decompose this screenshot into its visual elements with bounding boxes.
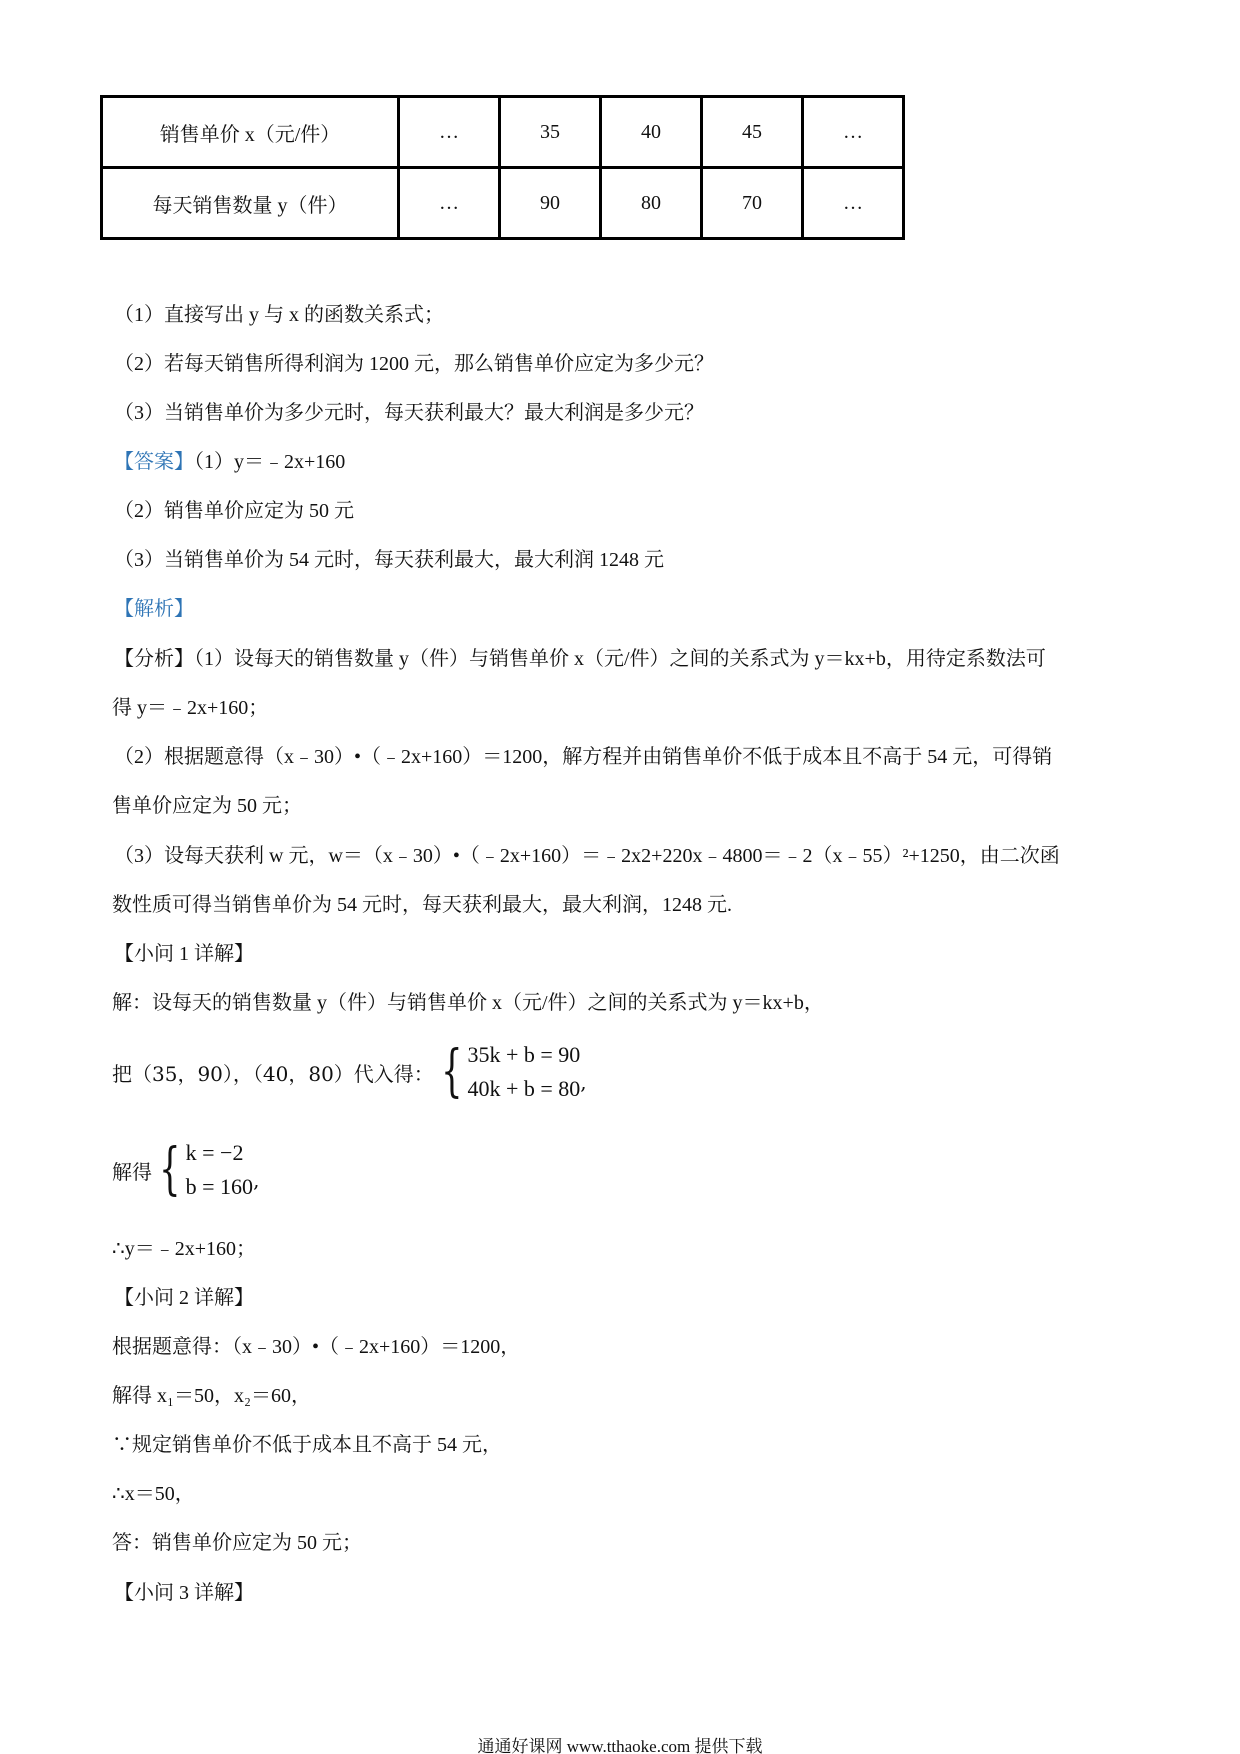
substitute-label: 把（35，90），（40，80）代入得： <box>112 1058 434 1087</box>
part1-conclusion: ∴y＝﹣2x+160； <box>112 1236 256 1262</box>
part2-line: ∵规定销售单价不低于成本且不高于 54 元， <box>112 1432 502 1458</box>
row-header: 销售单价 x（元/件） <box>102 97 399 168</box>
analysis-line: 数性质可得当销售单价为 54 元时，每天获利最大，最大利润，1248 元. <box>112 892 732 918</box>
comma: , <box>580 1070 586 1094</box>
brace-icon: { <box>159 1142 180 1198</box>
question-1: （1）直接写出 y 与 x 的函数关系式； <box>114 302 444 328</box>
analysis-line: 得 y＝﹣2x+160； <box>112 695 268 721</box>
part3-title: 【小问 3 详解】 <box>114 1580 254 1606</box>
equation: k = −2 <box>186 1136 253 1170</box>
answer-line-2: （2）销售单价应定为 50 元 <box>114 498 354 524</box>
analysis-line: （2）根据题意得（x﹣30）•（﹣2x+160）＝1200，解方程并由销售单价不… <box>114 744 1052 770</box>
analysis-line: 【分析】（1）设每天的销售数量 y（件）与销售单价 x（元/件）之间的关系式为 … <box>114 646 1046 672</box>
table-cell: … <box>803 97 904 168</box>
analysis-line: （3）设每天获利 w 元，w＝（x﹣30）•（﹣2x+160）＝﹣2x2+220… <box>114 843 1060 869</box>
part2-line: 解得 x₁＝50，x₂＝60， <box>112 1383 311 1409</box>
part1-solution: 解得 { k = −2 b = 160 , <box>112 1136 259 1204</box>
part2-line: 根据题意得：（x﹣30）•（﹣2x+160）＝1200， <box>112 1334 520 1360</box>
table-cell: 40 <box>601 97 702 168</box>
part1-title: 【小问 1 详解】 <box>114 941 254 967</box>
answer-text: （1）y＝﹣2x+160 <box>194 451 345 473</box>
brace-icon: { <box>441 1044 462 1100</box>
table-row: 销售单价 x（元/件） … 35 40 45 … <box>102 97 904 168</box>
answer-tag: 【答案】 <box>114 451 194 473</box>
part2-line: 答：销售单价应定为 50 元； <box>112 1530 362 1556</box>
comma: , <box>253 1168 259 1192</box>
footer-source: 通通好课网 www.tthaoke.com 提供下载 <box>0 1732 1240 1754</box>
table-cell: … <box>803 168 904 239</box>
answer-line-1: 【答案】（1）y＝﹣2x+160 <box>114 449 345 475</box>
equation: 35k + b = 90 <box>467 1038 580 1072</box>
table-cell: … <box>399 97 500 168</box>
equation: b = 160 <box>186 1170 253 1204</box>
part2-line: ∴x＝50， <box>112 1481 195 1507</box>
part1-substitution: 把（35，90），（40，80）代入得： { 35k + b = 90 40k … <box>112 1038 587 1106</box>
part1-intro: 解：设每天的销售数量 y（件）与销售单价 x（元/件）之间的关系式为 y＝kx+… <box>112 990 824 1016</box>
document-page: 销售单价 x（元/件） … 35 40 45 … 每天销售数量 y（件） … 9… <box>0 0 1240 1754</box>
analysis-tag: 【解析】 <box>114 596 194 622</box>
solve-label: 解得 <box>112 1156 152 1185</box>
equation-system: k = −2 b = 160 <box>186 1136 253 1204</box>
row-header: 每天销售数量 y（件） <box>102 168 399 239</box>
table-cell: 80 <box>601 168 702 239</box>
question-3: （3）当销售单价为多少元时，每天获利最大？最大利润是多少元？ <box>114 400 704 426</box>
question-2: （2）若每天销售所得利润为 1200 元，那么销售单价应定为多少元？ <box>114 351 714 377</box>
table-cell: 70 <box>702 168 803 239</box>
analysis-line: 售单价应定为 50 元； <box>112 793 302 819</box>
answer-line-3: （3）当销售单价为 54 元时，每天获利最大，最大利润 1248 元 <box>114 547 664 573</box>
table-cell: … <box>399 168 500 239</box>
table-cell: 90 <box>500 168 601 239</box>
table-row: 每天销售数量 y（件） … 90 80 70 … <box>102 168 904 239</box>
equation-system: 35k + b = 90 40k + b = 80 <box>467 1038 580 1106</box>
table-cell: 35 <box>500 97 601 168</box>
part2-title: 【小问 2 详解】 <box>114 1285 254 1311</box>
price-quantity-table: 销售单价 x（元/件） … 35 40 45 … 每天销售数量 y（件） … 9… <box>100 95 905 240</box>
equation: 40k + b = 80 <box>467 1072 580 1106</box>
table-cell: 45 <box>702 97 803 168</box>
